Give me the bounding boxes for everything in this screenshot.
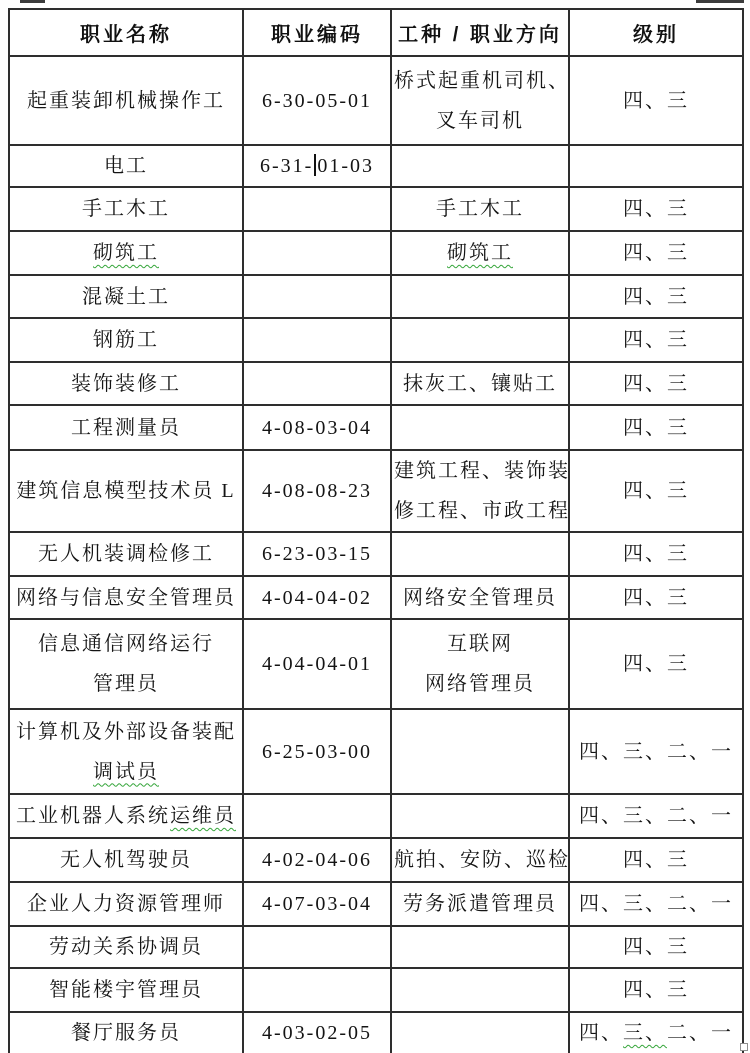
text-segment: 6-25-03-00 — [262, 741, 372, 763]
cell-level[interactable]: 四、三 — [569, 576, 743, 619]
text-segment: 四、三 — [623, 587, 689, 609]
cell-occupation-code[interactable] — [243, 187, 391, 231]
text-segment: 6-30-05-01 — [262, 90, 372, 112]
cell-occupation-code[interactable]: 4-08-03-04 — [243, 405, 391, 450]
text-segment: 钢筋工 — [93, 329, 159, 351]
cell-occupation-name[interactable]: 混凝土工 — [9, 275, 243, 318]
text-segment: 6-31- — [260, 155, 313, 177]
text-segment: 手工木工 — [82, 198, 170, 220]
text-segment: 修工程、市政工程 — [394, 500, 569, 522]
cell-occupation-code[interactable]: 6-23-03-15 — [243, 532, 391, 576]
table-row: 信息通信网络运行管理员4-04-04-01互联网网络管理员四、三 — [9, 619, 743, 709]
text-segment: 起重装卸机械操作工 — [27, 90, 225, 112]
cell-work-direction[interactable]: 桥式起重机司机、叉车司机 — [391, 56, 569, 145]
text-segment: 管理员 — [93, 673, 159, 695]
table-row: 无人机驾驶员4-02-04-06航拍、安防、巡检四、三 — [9, 838, 743, 882]
cell-occupation-name[interactable]: 建筑信息模型技术员 L — [9, 450, 243, 532]
cell-level[interactable]: 四、三、二、一 — [569, 882, 743, 926]
table-row: 钢筋工四、三 — [9, 318, 743, 362]
cell-occupation-code[interactable] — [243, 794, 391, 838]
cell-level[interactable]: 四、三 — [569, 532, 743, 576]
text-segment: 餐厅服务员 — [71, 1022, 181, 1044]
table-row: 餐厅服务员4-03-02-05四、三、二、一 — [9, 1012, 743, 1053]
cell-occupation-name[interactable]: 劳动关系协调员 — [9, 926, 243, 968]
cell-work-direction[interactable] — [391, 145, 569, 187]
cell-occupation-code[interactable]: 4-08-08-23 — [243, 450, 391, 532]
text-segment: 桥式起重机司机、 — [394, 70, 569, 92]
cell-occupation-name[interactable]: 计算机及外部设备装配调试员 — [9, 709, 243, 794]
cell-occupation-code[interactable]: 6-31-01-03 — [243, 145, 391, 187]
text-segment: 四、三 — [623, 329, 689, 351]
text-segment: 四、三 — [623, 373, 689, 395]
header-occupation-name[interactable]: 职业名称 — [9, 9, 243, 56]
text-segment: 航拍、安防、巡检 — [394, 849, 569, 871]
cell-occupation-name[interactable]: 电工 — [9, 145, 243, 187]
text-segment: 叉车司机 — [436, 110, 524, 132]
table-row: 计算机及外部设备装配调试员6-25-03-00四、三、二、一 — [9, 709, 743, 794]
table-row: 无人机装调检修工6-23-03-15四、三 — [9, 532, 743, 576]
cell-occupation-name[interactable]: 起重装卸机械操作工 — [9, 56, 243, 145]
text-segment: 装饰装修工 — [71, 373, 181, 395]
spellcheck-underline: 运维员 — [170, 805, 236, 827]
text-segment: 四、三、二、一 — [579, 893, 733, 915]
table-row: 企业人力资源管理师4-07-03-04劳务派遣管理员四、三、二、一 — [9, 882, 743, 926]
header-occupation-code[interactable]: 职业编码 — [243, 9, 391, 56]
cell-occupation-name[interactable]: 装饰装修工 — [9, 362, 243, 405]
document-page: 职业名称 职业编码 工种 / 职业方向 级别 起重装卸机械操作工6-30-05-… — [0, 0, 750, 1053]
table-row: 智能楼宇管理员四、三 — [9, 968, 743, 1012]
text-segment: 四、三 — [623, 198, 689, 220]
header-row: 职业名称 职业编码 工种 / 职业方向 级别 — [9, 9, 743, 56]
cell-occupation-name[interactable]: 工程测量员 — [9, 405, 243, 450]
text-segment: 建筑信息模型技术员 L — [16, 480, 235, 502]
cell-level[interactable]: 四、三 — [569, 56, 743, 145]
cell-occupation-code[interactable] — [243, 275, 391, 318]
cell-occupation-code[interactable] — [243, 231, 391, 275]
cell-work-direction[interactable]: 互联网网络管理员 — [391, 619, 569, 709]
cell-work-direction[interactable]: 砌筑工 — [391, 231, 569, 275]
text-segment: 四、三 — [623, 480, 689, 502]
cell-occupation-name[interactable]: 餐厅服务员 — [9, 1012, 243, 1053]
cell-occupation-name[interactable]: 钢筋工 — [9, 318, 243, 362]
cell-work-direction[interactable]: 网络安全管理员 — [391, 576, 569, 619]
cell-occupation-name[interactable]: 智能楼宇管理员 — [9, 968, 243, 1012]
cell-occupation-code[interactable]: 6-25-03-00 — [243, 709, 391, 794]
text-segment: 四、三 — [623, 936, 689, 958]
cell-work-direction[interactable] — [391, 1012, 569, 1053]
text-segment: 4-08-08-23 — [262, 480, 372, 502]
text-segment: 四、三、二、一 — [579, 741, 733, 763]
spellcheck-underline: 砌筑工 — [93, 242, 159, 264]
table-row: 工程测量员4-08-03-04四、三 — [9, 405, 743, 450]
table-row: 手工木工手工木工四、三 — [9, 187, 743, 231]
spellcheck-underline: 砌筑工 — [447, 242, 513, 264]
cell-level[interactable]: 四、三 — [569, 362, 743, 405]
cell-level[interactable]: 四、三 — [569, 619, 743, 709]
cell-work-direction[interactable]: 手工木工 — [391, 187, 569, 231]
cell-level[interactable] — [569, 145, 743, 187]
cell-occupation-code[interactable]: 6-30-05-01 — [243, 56, 391, 145]
text-segment: 四、三 — [623, 653, 689, 675]
cell-work-direction[interactable] — [391, 926, 569, 968]
cell-occupation-name[interactable]: 网络与信息安全管理员 — [9, 576, 243, 619]
cell-occupation-code[interactable]: 4-04-04-02 — [243, 576, 391, 619]
text-segment: 信息通信网络运行 — [38, 633, 214, 655]
text-segment: 四、 — [579, 1022, 623, 1044]
cell-occupation-name[interactable]: 企业人力资源管理师 — [9, 882, 243, 926]
cell-work-direction[interactable]: 航拍、安防、巡检 — [391, 838, 569, 882]
text-segment: 建筑工程、装饰装 — [394, 460, 569, 482]
cell-work-direction[interactable] — [391, 794, 569, 838]
table-row: 混凝土工四、三 — [9, 275, 743, 318]
cell-level[interactable]: 四、三 — [569, 275, 743, 318]
cell-work-direction[interactable] — [391, 532, 569, 576]
cell-work-direction[interactable]: 劳务派遣管理员 — [391, 882, 569, 926]
cell-work-direction[interactable] — [391, 405, 569, 450]
text-segment: 无人机驾驶员 — [60, 849, 192, 871]
text-segment: 4-07-03-04 — [262, 893, 372, 915]
text-segment: 手工木工 — [436, 198, 524, 220]
spellcheck-underline: 三、 — [623, 1022, 667, 1044]
occupation-table: 职业名称 职业编码 工种 / 职业方向 级别 起重装卸机械操作工6-30-05-… — [8, 8, 744, 1053]
cell-occupation-name[interactable]: 无人机装调检修工 — [9, 532, 243, 576]
table-row: 起重装卸机械操作工6-30-05-01桥式起重机司机、叉车司机四、三 — [9, 56, 743, 145]
table-row: 劳动关系协调员四、三 — [9, 926, 743, 968]
table-row: 电工6-31-01-03 — [9, 145, 743, 187]
cell-work-direction[interactable] — [391, 318, 569, 362]
cell-occupation-code[interactable]: 4-07-03-04 — [243, 882, 391, 926]
cell-work-direction[interactable] — [391, 709, 569, 794]
text-segment: 网络与信息安全管理员 — [16, 587, 236, 609]
cell-occupation-code[interactable] — [243, 968, 391, 1012]
text-segment: 电工 — [104, 155, 148, 177]
cell-level[interactable]: 四、三、二、一 — [569, 794, 743, 838]
table-row: 装饰装修工抹灰工、镶贴工四、三 — [9, 362, 743, 405]
text-segment: 4-02-04-06 — [262, 849, 372, 871]
cell-level[interactable]: 四、三 — [569, 318, 743, 362]
text-segment: 四、三 — [623, 417, 689, 439]
cell-level[interactable]: 四、三 — [569, 187, 743, 231]
text-segment: 01-03 — [317, 155, 374, 177]
header-work-direction[interactable]: 工种 / 职业方向 — [391, 9, 569, 56]
text-segment: 4-08-03-04 — [262, 417, 372, 439]
text-segment: 四、三 — [623, 979, 689, 1001]
text-segment: 工业机器人系统 — [16, 805, 170, 827]
text-segment: 四、三 — [623, 849, 689, 871]
text-segment: 四、三、二、一 — [579, 805, 733, 827]
cell-occupation-code[interactable] — [243, 362, 391, 405]
text-segment: 工程测量员 — [71, 417, 181, 439]
cell-level[interactable]: 四、三 — [569, 450, 743, 532]
cell-level[interactable]: 四、三、二、一 — [569, 1012, 743, 1053]
text-segment: 网络管理员 — [425, 673, 535, 695]
text-segment: 计算机及外部设备装配 — [16, 721, 236, 743]
text-segment: 4-04-04-01 — [262, 653, 372, 675]
cell-level[interactable]: 四、三 — [569, 968, 743, 1012]
header-level[interactable]: 级别 — [569, 9, 743, 56]
table-row: 砌筑工砌筑工四、三 — [9, 231, 743, 275]
text-segment: 企业人力资源管理师 — [27, 893, 225, 915]
clipped-content-top-left — [20, 0, 45, 3]
cell-occupation-name[interactable]: 砌筑工 — [9, 231, 243, 275]
text-segment: 智能楼宇管理员 — [49, 979, 203, 1001]
table-row: 建筑信息模型技术员 L4-08-08-23建筑工程、装饰装修工程、市政工程四、三 — [9, 450, 743, 532]
text-segment: 劳动关系协调员 — [49, 936, 203, 958]
table-resize-handle[interactable] — [740, 1043, 748, 1051]
clipped-content-top-right — [696, 0, 744, 3]
table-row: 网络与信息安全管理员4-04-04-02网络安全管理员四、三 — [9, 576, 743, 619]
cell-occupation-code[interactable]: 4-02-04-06 — [243, 838, 391, 882]
text-segment: 无人机装调检修工 — [38, 543, 214, 565]
cell-work-direction[interactable] — [391, 275, 569, 318]
cell-level[interactable]: 四、三 — [569, 838, 743, 882]
cell-level[interactable]: 四、三 — [569, 405, 743, 450]
cell-occupation-name[interactable]: 无人机驾驶员 — [9, 838, 243, 882]
cell-level[interactable]: 四、三 — [569, 926, 743, 968]
text-segment: 四、三 — [623, 286, 689, 308]
cell-occupation-name[interactable]: 工业机器人系统运维员 — [9, 794, 243, 838]
text-segment: 劳务派遣管理员 — [403, 893, 557, 915]
text-segment: 四、三 — [623, 543, 689, 565]
cell-level[interactable]: 四、三、二、一 — [569, 709, 743, 794]
text-segment: 互联网 — [447, 633, 513, 655]
spellcheck-underline: 调试员 — [93, 761, 159, 783]
cell-work-direction[interactable]: 建筑工程、装饰装修工程、市政工程 — [391, 450, 569, 532]
cell-occupation-name[interactable]: 手工木工 — [9, 187, 243, 231]
text-segment: 4-03-02-05 — [262, 1022, 372, 1044]
table-row: 工业机器人系统运维员四、三、二、一 — [9, 794, 743, 838]
text-segment: 四、三 — [623, 242, 689, 264]
cell-occupation-code[interactable] — [243, 318, 391, 362]
text-segment: 二、一 — [667, 1022, 733, 1044]
text-segment: 4-04-04-02 — [262, 587, 372, 609]
cell-occupation-code[interactable]: 4-03-02-05 — [243, 1012, 391, 1053]
cell-occupation-name[interactable]: 信息通信网络运行管理员 — [9, 619, 243, 709]
cell-level[interactable]: 四、三 — [569, 231, 743, 275]
text-segment: 网络安全管理员 — [403, 587, 557, 609]
cell-work-direction[interactable]: 抹灰工、镶贴工 — [391, 362, 569, 405]
cell-occupation-code[interactable] — [243, 926, 391, 968]
text-segment: 6-23-03-15 — [262, 543, 372, 565]
cell-occupation-code[interactable]: 4-04-04-01 — [243, 619, 391, 709]
cell-work-direction[interactable] — [391, 968, 569, 1012]
text-segment: 混凝土工 — [82, 286, 170, 308]
text-segment: 四、三 — [623, 90, 689, 112]
text-segment: 抹灰工、镶贴工 — [403, 373, 557, 395]
